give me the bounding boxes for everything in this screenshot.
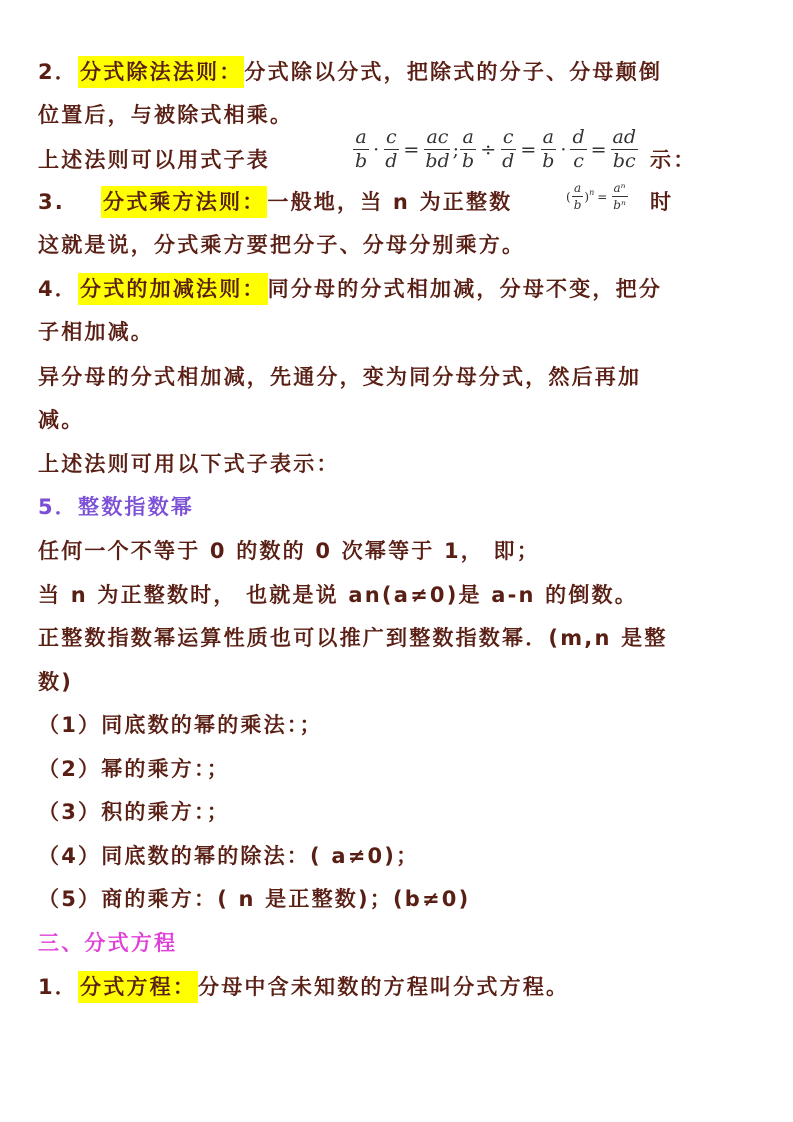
text-line: 异分母的分式相加减，先通分，变为同分母分式，然后再加	[38, 362, 641, 392]
rule-title-highlight: 分式乘方法则：	[101, 186, 267, 218]
list-item: （4）同底数的幂的除法：( a≠0)；	[38, 841, 419, 871]
term-highlight: 分式方程：	[78, 971, 198, 1003]
text-line: 子相加减。	[38, 317, 154, 347]
rule-text: 分式除以分式，把除式的分子、分母颠倒	[244, 60, 662, 84]
section-heading-integer-exponent: 5．整数指数幂	[38, 492, 194, 522]
text-line: 任何一个不等于 0 的数的 0 次幂等于 1， 即；	[38, 536, 540, 566]
section-heading-fraction-equation: 三、分式方程	[38, 928, 177, 958]
rule-4-line: 4．分式的加减法则：同分母的分式相加减，分母不变，把分	[38, 274, 662, 304]
rule-title-highlight: 分式的加减法则：	[78, 273, 268, 305]
text-fragment: 上述法则可以用式子表	[38, 148, 270, 172]
item-number: 4．	[38, 277, 78, 301]
power-formula: (ab)n=aⁿbⁿ	[566, 182, 629, 211]
item-number: 3.	[38, 190, 65, 214]
text-line: 上述法则可用以下式子表示：	[38, 449, 340, 479]
text-suffix: 示：	[650, 145, 696, 175]
text-line: 数)	[38, 667, 73, 697]
text-line: 减。	[38, 405, 84, 435]
rule-2-line: 2．分式除法法则：分式除以分式，把除式的分子、分母颠倒	[38, 57, 662, 87]
division-formula: ab·cd=acbd;ab÷cd=ab·dc=adbc	[352, 128, 639, 171]
rule-3-line: 3.分式乘方法则：一般地，当 n 为正整数	[38, 187, 512, 217]
definition-line: 1．分式方程：分母中含未知数的方程叫分式方程。	[38, 972, 569, 1002]
text-line: 位置后，与被除式相乘。	[38, 100, 293, 130]
text-line: 这就是说，分式乘方要把分子、分母分别乘方。	[38, 230, 525, 260]
text-line: 上述法则可以用式子表	[38, 145, 270, 175]
list-item: （2）幂的乘方：；	[38, 754, 230, 784]
list-item: （5）商的乘方：( n 是正整数)；(b≠0)	[38, 884, 470, 914]
rule-text: 同分母的分式相加减，分母不变，把分	[268, 277, 662, 301]
text-line: 当 n 为正整数时， 也就是说 an(a≠0)是 a-n 的倒数。	[38, 580, 638, 610]
rule-title-highlight: 分式除法法则：	[78, 56, 244, 88]
definition-text: 分母中含未知数的方程叫分式方程。	[198, 975, 569, 999]
item-number: 1．	[38, 975, 78, 999]
text-line: 正整数指数幂运算性质也可以推广到整数指数幂．(m,n 是整	[38, 623, 668, 653]
list-item: （1）同底数的幂的乘法：；	[38, 710, 323, 740]
list-item: （3）积的乘方：；	[38, 797, 230, 827]
item-number: 2．	[38, 60, 78, 84]
rule-text: 一般地，当 n 为正整数	[267, 190, 512, 214]
text-suffix: 时	[650, 187, 673, 217]
